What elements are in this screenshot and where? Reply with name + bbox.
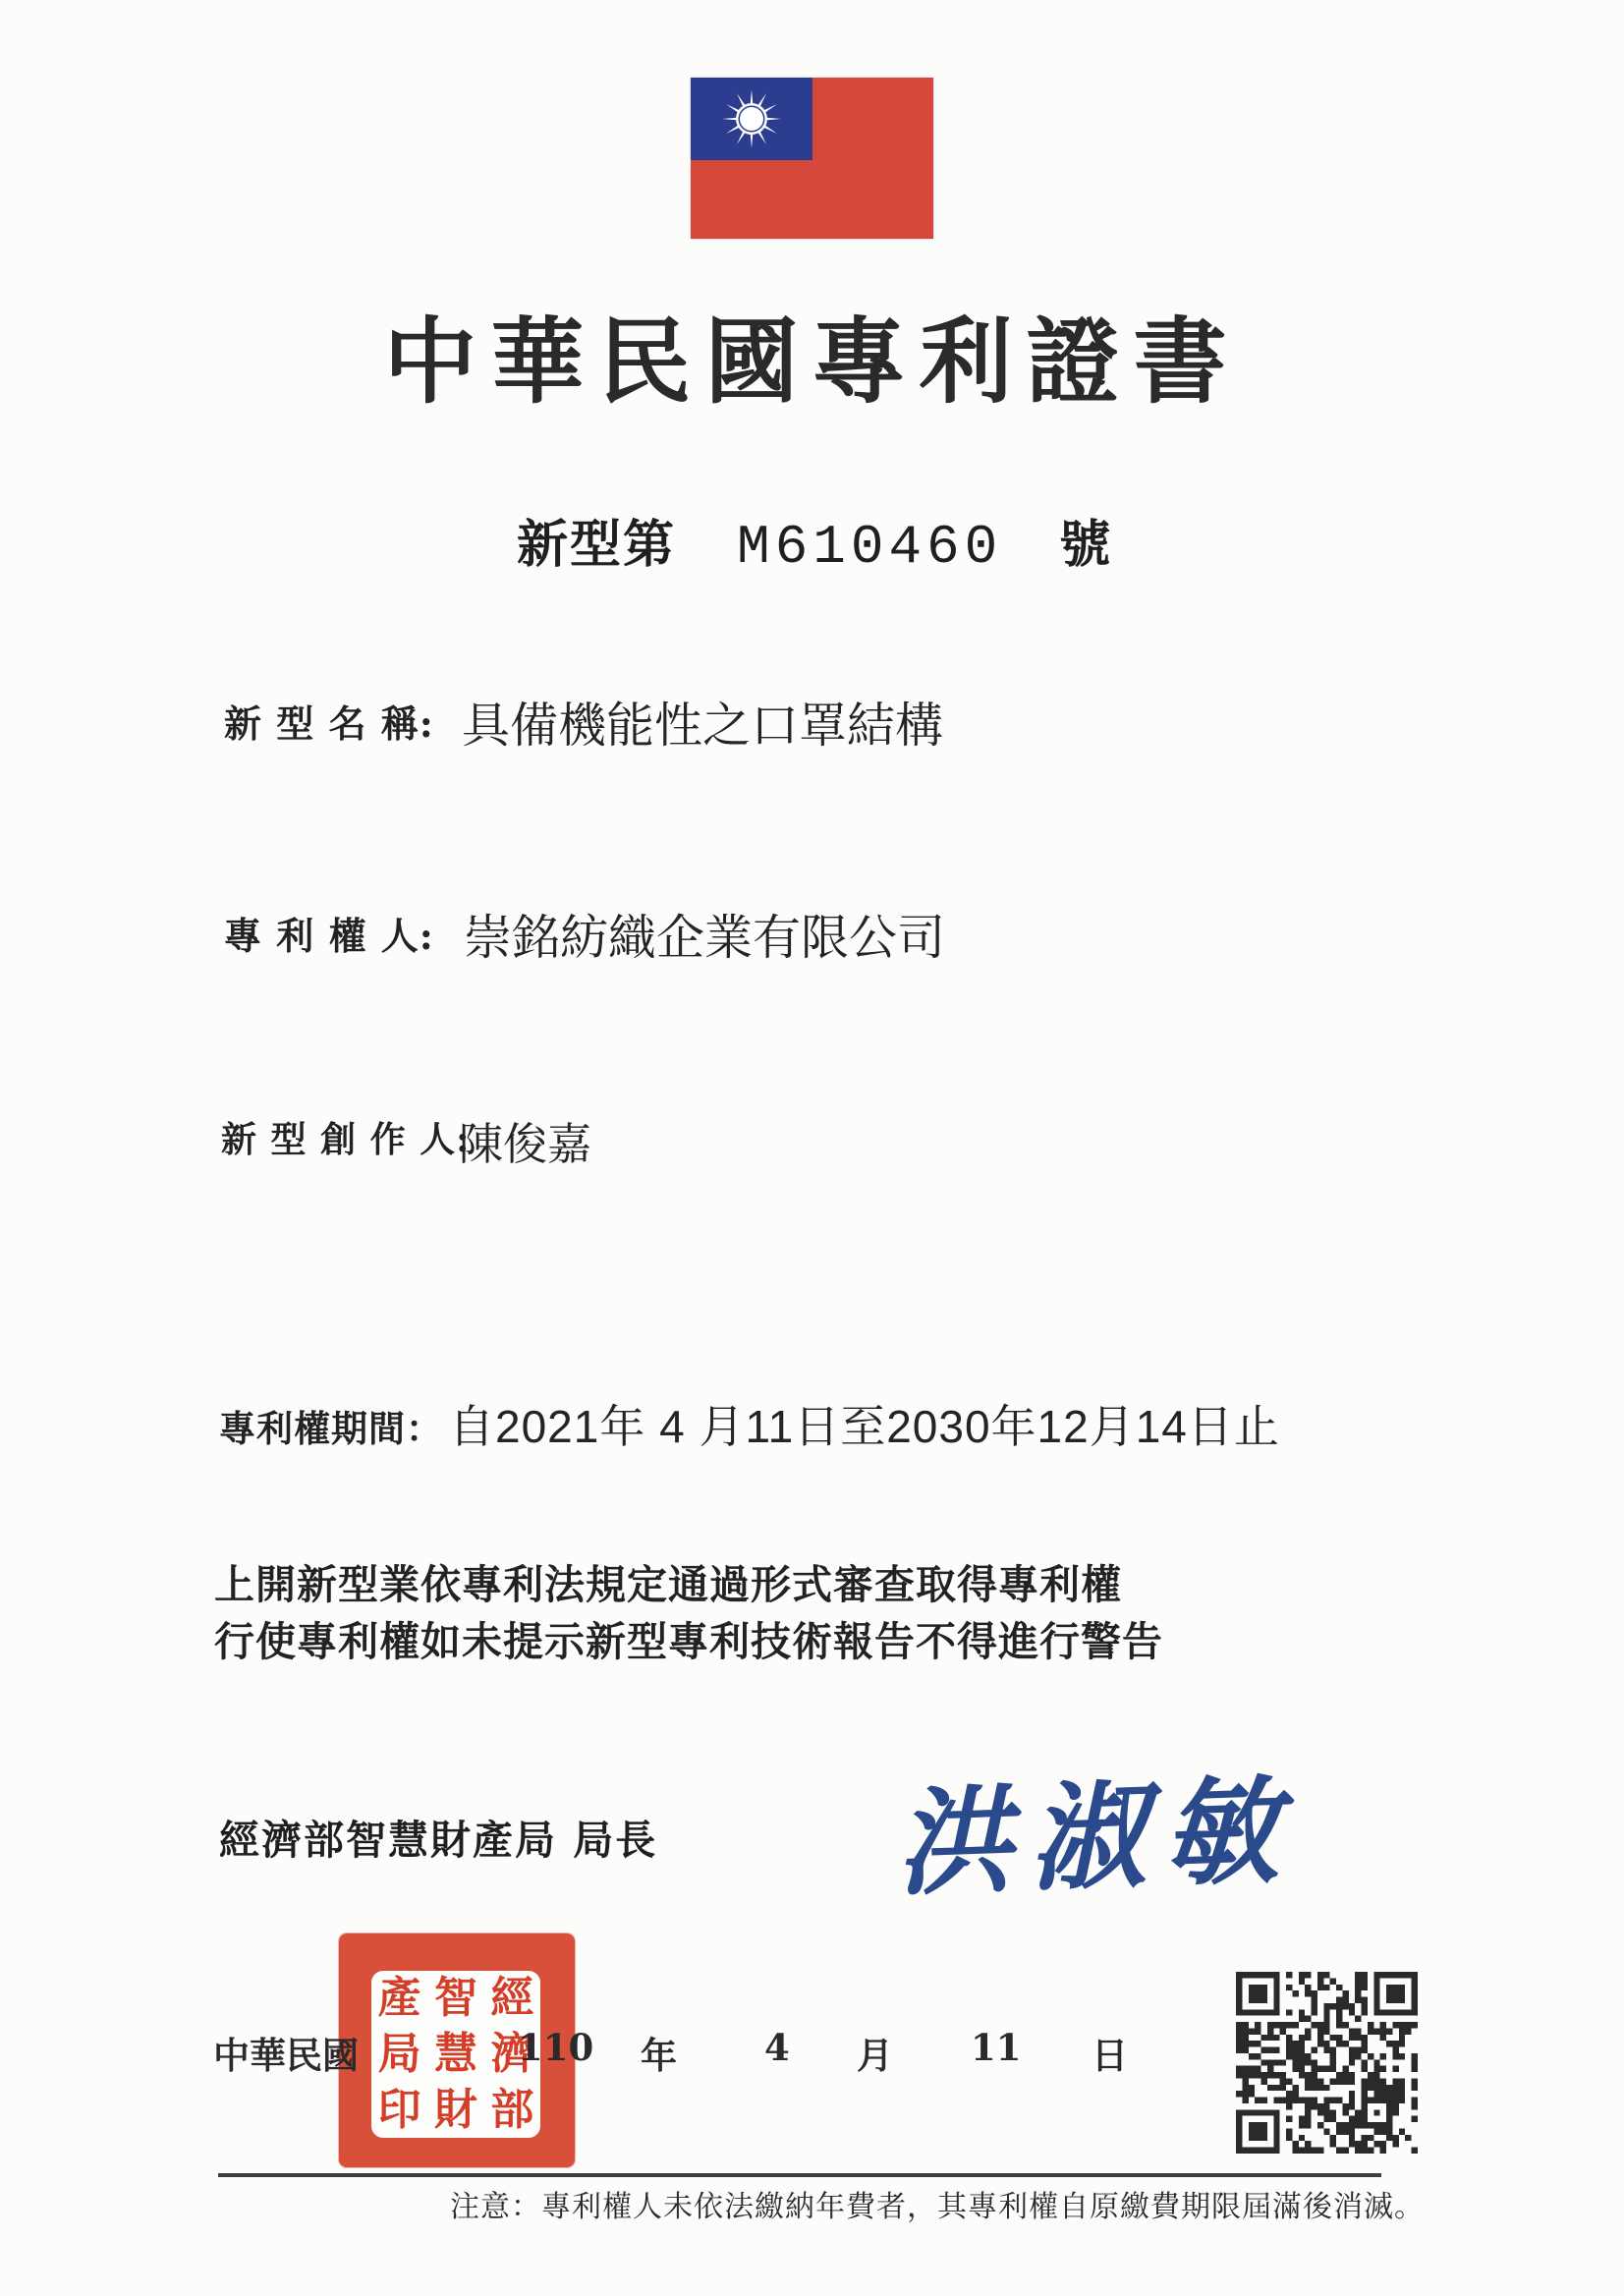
- patent-number: M610460: [737, 516, 1002, 579]
- patent-certificate-page: 中華民國專利證書 新型第 M610460 號 新 型 名 稱: 具備機能性之口罩…: [0, 0, 1624, 2296]
- date-month-unit: 月: [857, 2026, 893, 2079]
- legal-notice-line1: 上開新型業依專利法規定通過形式審查取得專利權: [214, 1556, 1163, 1613]
- qr-code: [1236, 1972, 1418, 2154]
- field-creator-value: 陳俊嘉: [459, 1108, 591, 1172]
- seal-char: 部: [490, 2089, 533, 2132]
- patent-number-suffix: 號: [1059, 503, 1110, 577]
- patent-number-line: 新型第 M610460 號: [517, 503, 1110, 579]
- legal-notice-line2: 行使專利權如未提示新型專利技術報告不得進行警告: [214, 1613, 1163, 1670]
- date-month: 4: [764, 2026, 790, 2069]
- date-year-unit: 年: [641, 2026, 677, 2079]
- seal-char: 局: [378, 2033, 421, 2076]
- date-day-unit: 日: [1092, 2026, 1128, 2079]
- footer-divider: [218, 2173, 1381, 2177]
- field-creator-label: 新 型 創 作 人:: [221, 1112, 470, 1162]
- white-sun-icon: [691, 78, 812, 160]
- date-year: 110: [518, 2026, 593, 2069]
- seal-char: 印: [378, 2089, 421, 2132]
- field-patent-term-value: 自2021年 4 月11日至2030年12月14日止: [449, 1391, 1280, 1456]
- seal-char: 財: [434, 2089, 477, 2132]
- date-day: 11: [971, 2026, 1022, 2069]
- seal-char: 經: [490, 1977, 533, 2020]
- field-patent-term-label: 專利權期間：: [219, 1399, 443, 1452]
- seal-char: 智: [434, 1977, 477, 2020]
- seal-char: 產: [378, 1977, 421, 2020]
- patent-number-prefix: 新型第: [517, 503, 676, 577]
- issuer-title: 經濟部智慧財產局 局長: [219, 1808, 657, 1866]
- certificate-title: 中華民國專利證書: [0, 288, 1624, 421]
- date-era: 中華民國: [213, 2026, 359, 2079]
- field-patentee-label: 專 利 權 人:: [224, 906, 434, 960]
- field-model-name-value: 具備機能性之口罩結構: [462, 688, 943, 756]
- field-patentee-value: 崇銘紡織企業有限公司: [464, 900, 945, 969]
- footer-note: 注意：專利權人未依法繳納年費者，其專利權自原繳費期限屆滿後消滅。: [450, 2182, 1425, 2225]
- field-model-name-label: 新 型 名 稱:: [224, 694, 434, 748]
- official-seal-glyphs: 產 智 經 局 慧 濟 印 財 部: [371, 1971, 540, 2138]
- director-signature: 洪淑敏: [886, 1737, 1305, 1919]
- legal-notice: 上開新型業依專利法規定通過形式審查取得專利權 行使專利權如未提示新型專利技術報告…: [214, 1556, 1163, 1670]
- seal-char: 慧: [434, 2033, 477, 2076]
- taiwan-flag: [691, 78, 933, 239]
